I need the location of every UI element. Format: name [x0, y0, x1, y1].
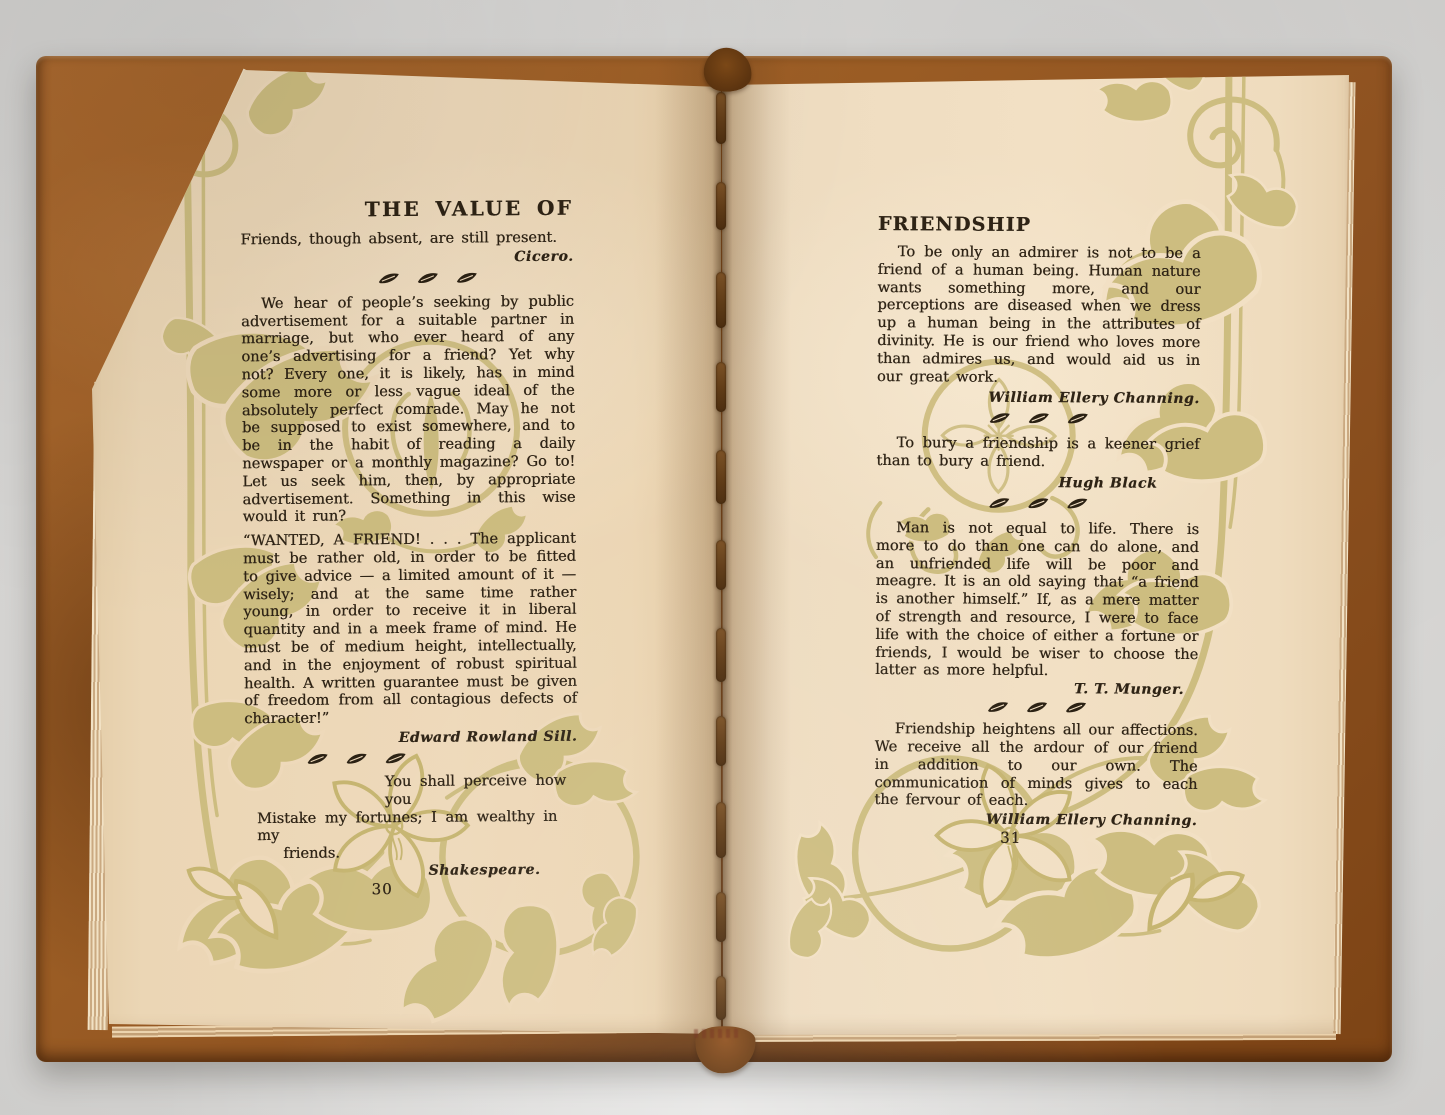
printer-leaf-icon	[988, 497, 1010, 509]
paragraph: We hear of people’s seeking by public ad…	[241, 292, 576, 526]
quote-attribution: Hugh Black	[876, 474, 1157, 493]
right-page-title: FRIENDSHIP	[878, 211, 1201, 239]
epigraph-attribution: Cicero.	[241, 248, 574, 268]
spine-stitch	[716, 450, 726, 504]
right-page-text-column: FRIENDSHIP To be only an admirer is not …	[874, 211, 1201, 848]
printer-leaf-ornament-row	[876, 496, 1199, 511]
quote-text: To be only an admirer is not to be a fri…	[877, 243, 1201, 387]
printer-leaf-icon	[416, 272, 438, 284]
quote-attribution: Edward Rowland Sill.	[244, 729, 577, 749]
quote-attribution: William Ellery Channing.	[877, 389, 1200, 408]
printer-leaf-ornament-row	[875, 699, 1198, 714]
printer-leaf-icon	[1066, 412, 1088, 424]
left-page: THE VALUE OF Friends, though absent, are…	[85, 58, 721, 1040]
epigraph-quote: Friends, though absent, are still presen…	[240, 229, 573, 249]
left-page-title: THE VALUE OF	[240, 196, 573, 223]
verse-attribution: Shakespeare.	[245, 862, 540, 881]
printer-leaf-icon	[377, 272, 399, 284]
spine-stitch	[716, 892, 726, 942]
printer-leaf-icon	[1066, 498, 1088, 510]
right-page: FRIENDSHIP To be only an admirer is not …	[720, 58, 1352, 1040]
printer-leaf-ornament-row	[241, 270, 574, 286]
printer-leaf-icon	[988, 412, 1010, 424]
quote-attribution: T. T. Munger.	[875, 680, 1184, 699]
quote-attribution: William Ellery Channing.	[874, 811, 1197, 830]
spine-stitch	[716, 802, 726, 858]
printer-leaf-icon	[987, 700, 1009, 712]
faint-binder-stamp	[694, 1029, 740, 1038]
verse-line: You shall perceive how you	[385, 772, 578, 809]
spine-stitch	[716, 272, 726, 328]
printer-leaf-icon	[1027, 497, 1049, 509]
printer-leaf-icon	[306, 753, 328, 765]
printer-leaf-icon	[345, 753, 367, 765]
spine-stitch	[716, 976, 726, 1020]
spine-stitch	[716, 182, 726, 230]
printer-leaf-icon	[1064, 701, 1086, 713]
page-number: 31	[874, 828, 1147, 848]
verse-line: Mistake my fortunes; I am wealthy in my	[257, 807, 578, 845]
printer-leaf-icon	[455, 272, 477, 284]
printer-leaf-icon	[384, 752, 406, 764]
spine-stitch	[716, 716, 726, 766]
quote-text: Man is not equal to life. There is more …	[875, 519, 1199, 681]
photo-background: THE VALUE OF Friends, though absent, are…	[0, 0, 1445, 1115]
left-page-text-column: THE VALUE OF Friends, though absent, are…	[240, 196, 578, 900]
verse-line: friends.	[283, 843, 578, 863]
page-number: 30	[246, 879, 519, 899]
printer-leaf-icon	[1026, 701, 1048, 713]
paragraph: “WANTED, A FRIEND! . . . The applicant m…	[243, 530, 578, 728]
spine-stitch	[716, 628, 726, 682]
printer-leaf-icon	[1027, 412, 1049, 424]
printer-leaf-ornament-row	[245, 751, 468, 766]
quote-text: To bury a friendship is a keener grief t…	[876, 434, 1199, 472]
spine-stitch	[716, 540, 726, 590]
quote-text: Friendship heightens all our affections.…	[874, 720, 1198, 811]
spine-stitch	[716, 362, 726, 412]
spine-stitch	[716, 92, 726, 144]
printer-leaf-ornament-row	[877, 410, 1200, 425]
